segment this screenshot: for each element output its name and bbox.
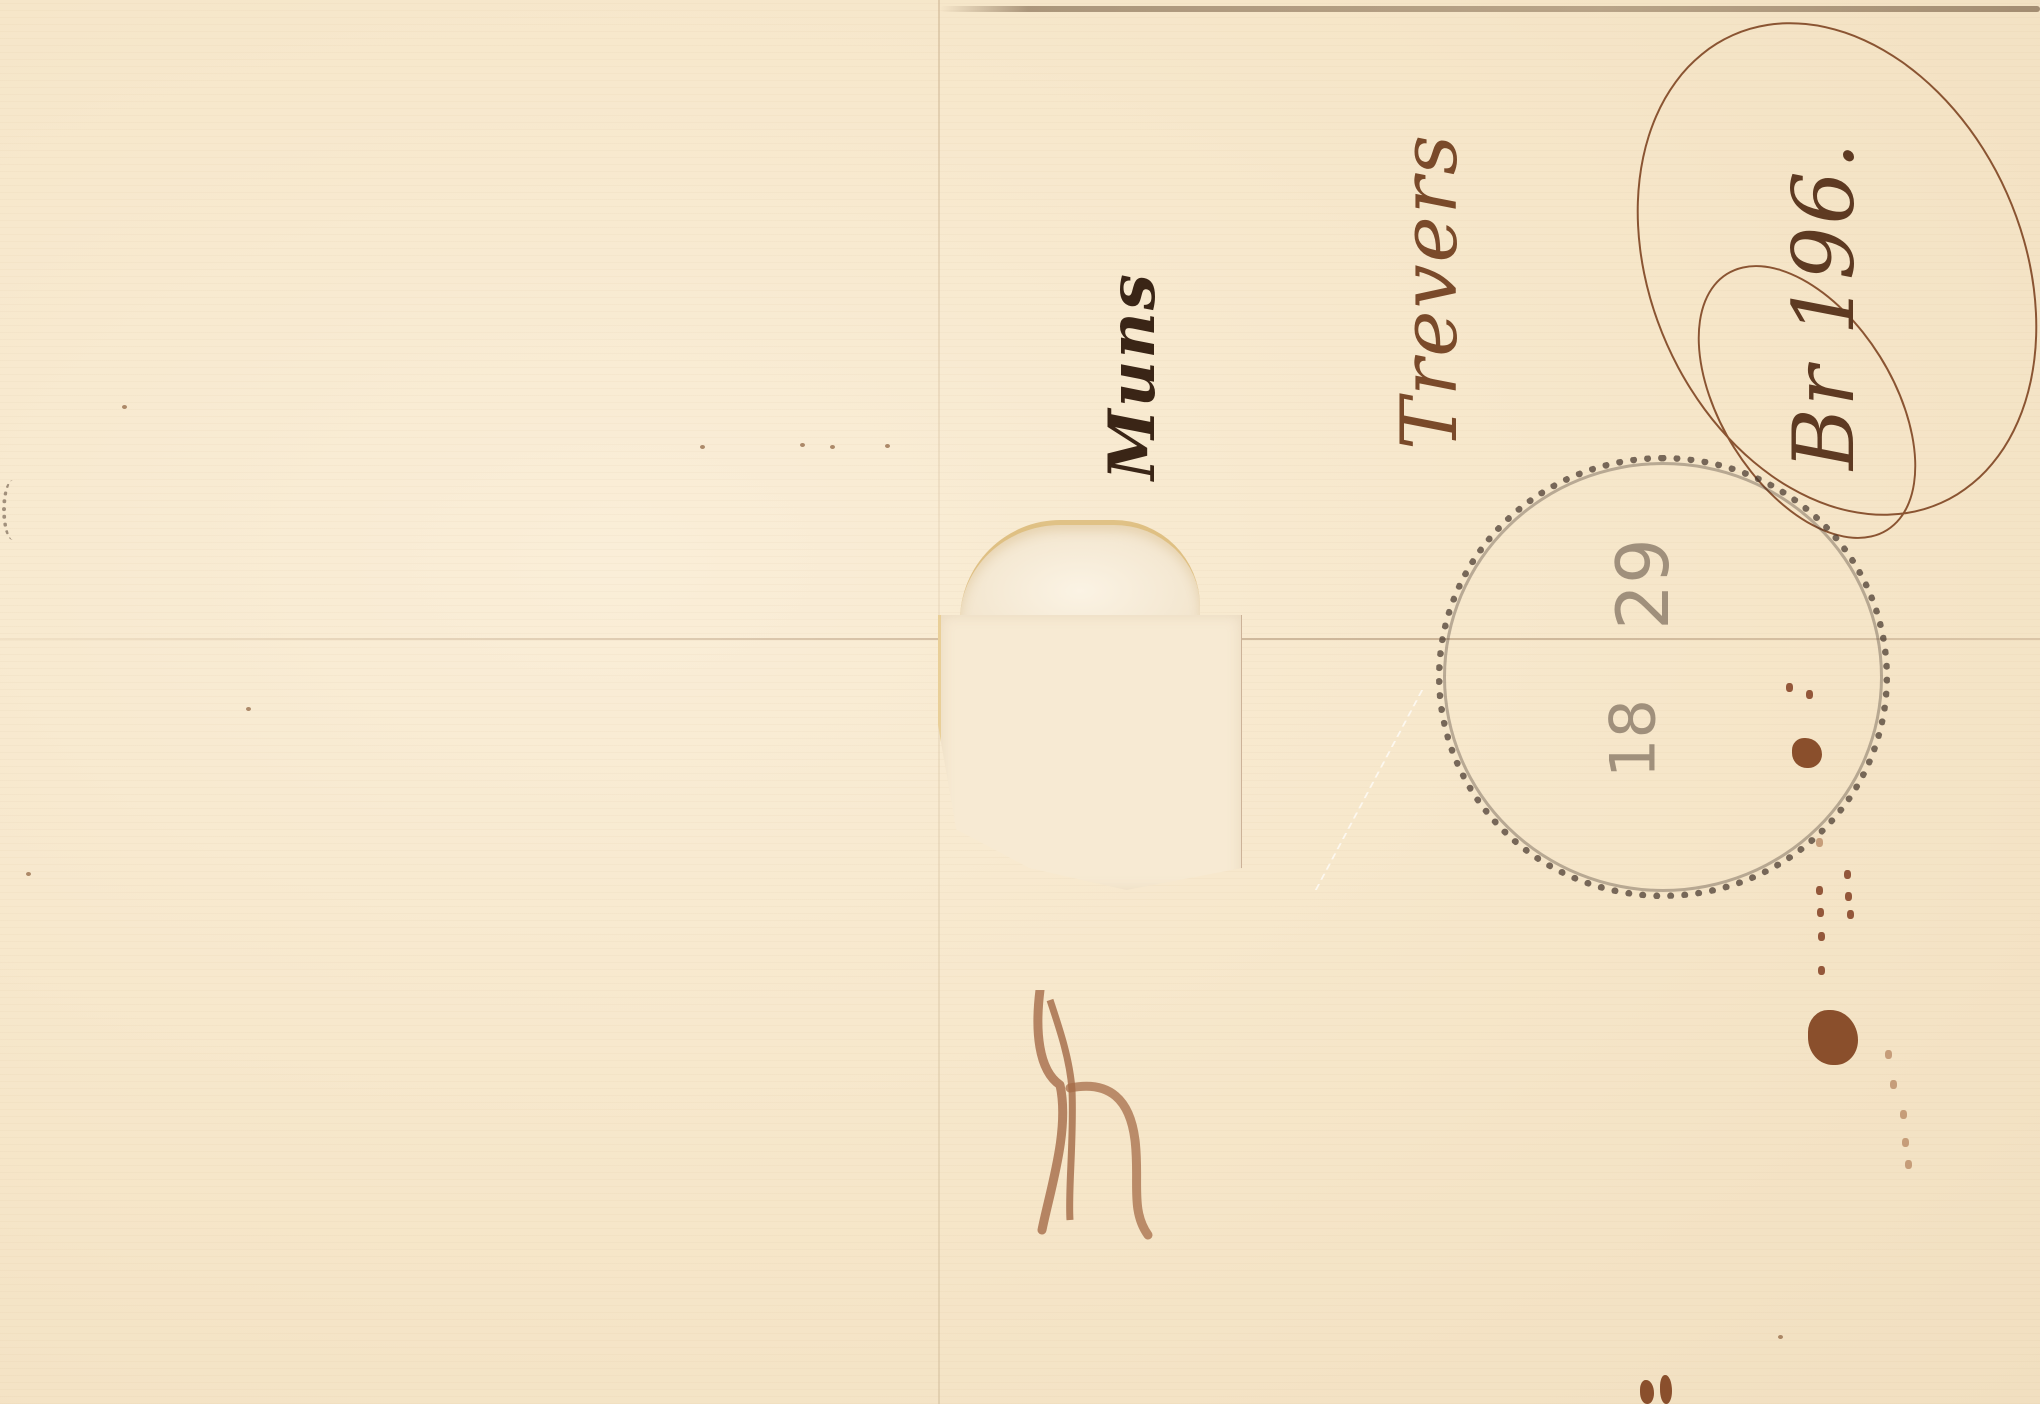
seal-paper-flap [938, 615, 1242, 890]
address-line-1: Muns [1095, 272, 1170, 480]
partial-postmark-left-edge [2, 480, 24, 540]
ink-blot [1808, 1010, 1858, 1065]
foxing-speck [800, 443, 805, 447]
ink-dot [1905, 1160, 1912, 1169]
postmark-day: 29 [1601, 514, 1685, 654]
foxing-speck [246, 707, 251, 711]
foxing-speck [26, 872, 31, 876]
ink-dot [1816, 886, 1823, 895]
ink-dot [1845, 892, 1852, 901]
foxing-speck [830, 445, 835, 449]
ink-dot [1902, 1138, 1909, 1147]
manuscript-r-mark [1030, 990, 1170, 1240]
ink-mark-bottom [1660, 1375, 1672, 1404]
reference-number: Br 196. [1775, 140, 1873, 470]
ink-dot [1816, 838, 1823, 847]
ink-dot [1818, 966, 1825, 975]
ink-dot [1890, 1080, 1897, 1089]
ink-dot [1900, 1110, 1907, 1119]
ink-dot [1806, 690, 1813, 699]
ink-dot [1817, 908, 1824, 917]
ink-dot [1844, 870, 1851, 879]
ink-dot [1786, 683, 1793, 692]
ink-dot [1847, 910, 1854, 919]
foxing-speck [885, 444, 890, 448]
wax-seal-remnant [930, 520, 1250, 900]
foxing-speck [1778, 1335, 1783, 1339]
foxing-speck [700, 445, 705, 449]
top-fold-edge [940, 6, 2040, 12]
ink-mark-bottom [1640, 1380, 1654, 1404]
postmark-year: 18 [1597, 649, 1670, 829]
ink-blot [1792, 738, 1822, 768]
letter-sheet: Muns Trevers Br 196. 29 18 [0, 0, 2040, 1404]
ink-dot [1885, 1050, 1892, 1059]
circular-date-postmark: 29 18 [1436, 455, 1890, 899]
ink-dot [1818, 932, 1825, 941]
foxing-speck [122, 405, 127, 409]
address-line-2: Trevers [1385, 133, 1475, 450]
